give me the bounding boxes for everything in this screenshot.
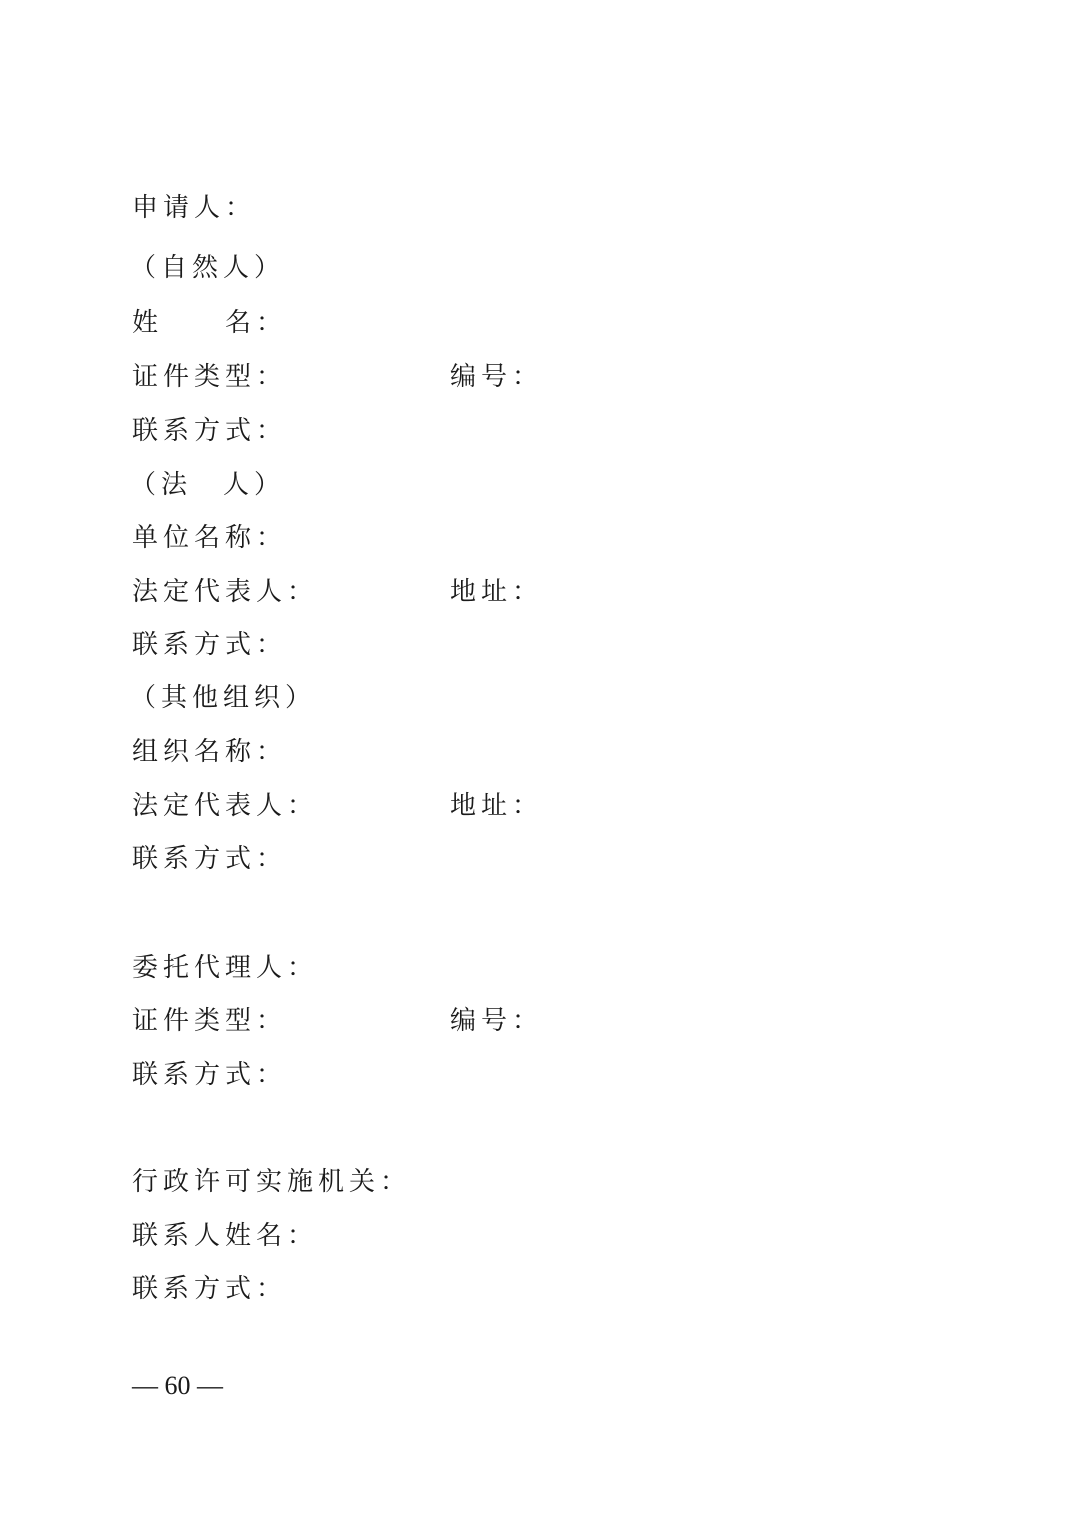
legal-person-heading: （法 人） [130,469,285,501]
agent-contact-label: 联系方式： [132,1059,287,1091]
authority-heading: 行政许可实施机关： [132,1166,411,1198]
contact-label: 联系方式： [132,629,287,661]
agent-id-type-label: 证件类型： [132,1005,287,1037]
other-org-heading: （其他组织） [130,682,316,714]
unit-name-label: 单位名称： [132,522,287,554]
agent-id-number-label: 编号： [450,1005,543,1037]
legal-rep-label: 法定代表人： [132,576,318,608]
agent-heading: 委托代理人： [132,952,318,984]
id-number-label: 编号： [450,361,543,393]
natural-person-heading: （自然人） [130,252,285,284]
authority-contact-name-label: 联系人姓名： [132,1220,318,1252]
authority-contact-label: 联系方式： [132,1273,287,1305]
name-label: 姓 名： [132,307,287,339]
contact-label: 联系方式： [132,415,287,447]
page-number: — 60 — [132,1370,223,1402]
id-type-label: 证件类型： [132,361,287,393]
contact-label: 联系方式： [132,843,287,875]
org-name-label: 组织名称： [132,736,287,768]
legal-rep-label: 法定代表人： [132,790,318,822]
address-label: 地址： [450,576,543,608]
applicant-heading: 申请人： [132,192,256,224]
address-label: 地址： [450,790,543,822]
